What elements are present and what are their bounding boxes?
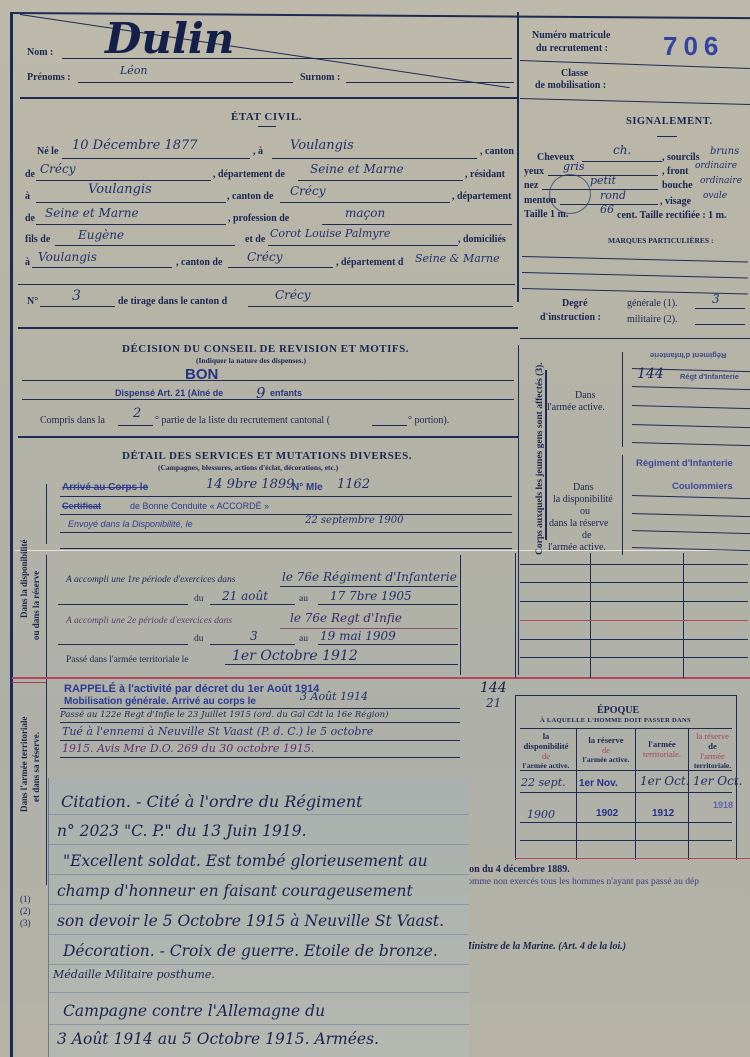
degre-divider (520, 338, 750, 339)
epoque-col-header-4: la réserve de l'armée territoriale. (689, 731, 736, 771)
field-line (60, 514, 512, 515)
col-label: la (517, 731, 575, 741)
field-line (62, 158, 250, 159)
affectation-bracket (545, 370, 547, 540)
field-line (522, 256, 748, 263)
grid-line (520, 564, 748, 565)
field-line (632, 424, 750, 428)
epoque-value-4b: 1918 (713, 800, 733, 810)
citation-line-8: Campagne contre l'Allemagne du (63, 1002, 325, 1020)
envoye-value: 22 septembre 1900 (305, 515, 404, 526)
footnote-1: tion du 4 décembre 1889. (463, 864, 570, 875)
epoque-col-header-3: l'armée territoriale. (636, 739, 688, 759)
field-line (695, 324, 745, 325)
field-line (695, 308, 745, 309)
margin-number: 144 (480, 680, 507, 696)
tirage-value: 3 (72, 288, 81, 304)
col-label: l'armée active. (577, 755, 635, 765)
field-line (60, 532, 512, 533)
affectation-side-label: Corps auxquels les jeunes gens sont affe… (535, 362, 545, 555)
bouche-label: bouche (662, 180, 693, 191)
reserve-side-label-2: ou dans la réserve (31, 571, 41, 640)
services-subtitle: (Campagnes, blessures, actions d'éclat, … (158, 463, 338, 472)
field-line (60, 548, 512, 549)
epoque-value-1b: 1900 (527, 808, 555, 821)
footnote-3: Ministre de la Marine. (Art. 4 de la loi… (463, 941, 626, 952)
note-rule (49, 992, 469, 993)
matricule-label-2: du recrutement : (536, 43, 608, 54)
marques-label: MARQUES PARTICULIÈRES : (608, 236, 713, 245)
citation-line-9: 3 Août 1914 au 5 Octobre 1915. Armées. (57, 1030, 379, 1048)
classe-divider (520, 98, 750, 105)
epoque-row-line (520, 792, 732, 793)
nom-label: Nom : (27, 47, 53, 58)
citation-line-7: Médaille Militaire posthume. (53, 968, 215, 981)
red-divider (12, 677, 750, 679)
citation-note: Citation. - Cité à l'ordre du Régiment n… (48, 778, 469, 1057)
prenoms-value: Léon (120, 64, 148, 77)
active-stamp-2: Régt d'Infanterie (680, 372, 739, 381)
field-line (210, 604, 295, 605)
grid-line (520, 657, 748, 658)
column-divider (517, 12, 519, 302)
field-line (280, 202, 450, 203)
field-line (632, 386, 750, 390)
active-label-2: l'armée active. (547, 402, 605, 413)
profession-value: maçon (345, 206, 385, 220)
field-line (632, 442, 750, 446)
dispo-label-3: ou (580, 506, 590, 517)
periode1-au-label: au (299, 594, 308, 604)
grid-line (590, 553, 591, 678)
field-line (58, 644, 188, 645)
residant-departement-label: , département (452, 191, 511, 202)
generale-label: générale (1). (627, 298, 678, 309)
citation-line-5: son devoir le 5 Octobre 1915 à Neuville … (57, 912, 444, 930)
note-rule (49, 874, 469, 875)
sourcils-value: bruns (710, 146, 739, 157)
field-line (318, 644, 458, 645)
certificat-label: Certificat (62, 501, 101, 511)
periode2-au-label: au (299, 634, 308, 644)
domicilies-label: , domiciliés (458, 234, 506, 245)
col-label: la réserve (689, 731, 736, 741)
grid-line (520, 601, 748, 602)
domicile-a-label: à (25, 257, 30, 268)
footnote-marker-3: (3) (20, 918, 31, 928)
birth-departement: Seine et Marne (310, 162, 404, 176)
field-line (60, 708, 460, 709)
field-line (522, 272, 748, 279)
residant-label: , résidant (465, 169, 505, 180)
de-label: de (25, 169, 35, 180)
tue-text-2: 1915. Avis Mre D.O. 269 du 30 octobre 19… (62, 742, 314, 755)
field-line (36, 224, 226, 225)
etat-civil-divider (18, 284, 515, 285)
field-line (632, 513, 750, 517)
field-line (248, 306, 513, 307)
mobilisation-text: Mobilisation générale. Arrivé au corps l… (64, 696, 256, 707)
bracket-line (622, 455, 623, 555)
periode2-au: 19 mai 1909 (320, 629, 396, 643)
field-line (632, 405, 750, 409)
round-stamp (549, 174, 591, 214)
citation-line-6: Décoration. - Croix de guerre. Etoile de… (63, 942, 438, 960)
periode1-du: 21 août (222, 589, 268, 603)
etat-civil-title: ÉTAT CIVIL. (231, 111, 302, 123)
field-line (58, 604, 188, 605)
no-mle-value: 1162 (337, 477, 370, 492)
epoque-bottom (515, 858, 750, 859)
field-line (582, 161, 662, 162)
title-underline (258, 126, 276, 127)
arrive-label: Arrivé au Corps le (62, 482, 148, 493)
periode2-label: A accompli une 2e période d'exercices da… (66, 616, 232, 626)
domicile-departement-label: , département d (336, 257, 404, 268)
epoque-top (515, 695, 737, 696)
nez-value: petit (590, 174, 616, 187)
decision-subtitle: (Indiquer la nature des dispenses.) (196, 356, 306, 365)
domicile-value: Voulangis (38, 250, 97, 264)
periode1-label: A accompli une 1re période d'exercices d… (66, 575, 235, 585)
periode2-unit: le 76e Regt d'Infie (290, 611, 402, 625)
ne-le-label: Né le (37, 146, 58, 157)
birth-place: Voulangis (290, 138, 354, 153)
yeux-label: yeux (524, 166, 544, 177)
epoque-value-3a: 1er Oct. (640, 774, 689, 788)
field-line (298, 180, 463, 181)
epoque-row-line (520, 840, 732, 841)
field-line (40, 306, 115, 307)
prenoms-label: Prénoms : (27, 72, 71, 83)
header-divider (20, 97, 517, 99)
surnom-line (346, 82, 514, 83)
note-rule (49, 904, 469, 905)
profession-label: , profession de (228, 213, 289, 224)
margin-line (46, 555, 47, 885)
field-line (280, 586, 458, 587)
note-rule (49, 1024, 469, 1025)
diagonal-strike (20, 14, 510, 88)
epoque-row-line (520, 770, 732, 771)
residence-departement: Seine et Marne (45, 206, 139, 220)
epoque-title: ÉPOQUE (597, 705, 639, 716)
passe-text: Passé au 122e Regt d'Infie le 23 Juillet… (60, 710, 388, 720)
surnom-label: Surnom : (300, 72, 340, 83)
territoriale-value: 1er Octobre 1912 (232, 648, 358, 664)
citation-line-4: champ d'honneur en faisant courageusemen… (57, 882, 413, 900)
domicile-canton-label: , canton de (176, 257, 222, 268)
yeux-value: gris (563, 160, 584, 173)
citation-line-3: "Excellent soldat. Est tombé glorieuseme… (63, 852, 428, 870)
rappele-text: RAPPELÉ à l'activité par décret du 1er A… (64, 683, 319, 695)
note-rule (49, 934, 469, 935)
domicile-canton: Crécy (247, 250, 283, 264)
bouche-value: ordinaire (700, 176, 742, 186)
domicile-departement: Seine & Marne (415, 252, 500, 265)
field-line (318, 604, 458, 605)
compris-suffix: ° partie de la liste du recrutement cant… (155, 415, 330, 426)
dispense-text: Dispensé Art. 21 (Aîné de (115, 388, 223, 398)
grid-line (683, 553, 684, 678)
nom-value: Dulin (105, 14, 234, 63)
epoque-value-1a: 22 sept. (521, 776, 566, 789)
prenoms-line (78, 82, 293, 83)
taille-value: 66 (600, 203, 614, 216)
dispo-stamp-1: Régiment d'Infanterie (636, 458, 733, 469)
field-line (228, 267, 333, 268)
margin-line (46, 484, 47, 544)
field-line (36, 180, 211, 181)
field-line (632, 495, 750, 499)
epoque-col-header-1: la disponibilité de l'armée active. (517, 731, 575, 771)
periode1-au: 17 7bre 1905 (330, 589, 412, 603)
nez-label: nez (524, 180, 538, 191)
cheveux-value: ch. (613, 143, 631, 157)
classe-label-1: Classe (561, 68, 588, 79)
canton-label: , canton (480, 146, 514, 157)
active-label-1: Dans (575, 390, 596, 401)
matricule-value: 706 (663, 31, 724, 62)
front-label: , front (662, 166, 688, 177)
epoque-value-3b: 1912 (652, 808, 674, 819)
mother-name: Corot Louise Palmyre (270, 227, 390, 240)
field-line (60, 757, 460, 758)
et-de-label: et de (245, 234, 265, 245)
section-divider (18, 436, 518, 438)
periode2-du: 3 (250, 629, 258, 643)
epoque-value-2a: 1er Nov. (579, 778, 618, 789)
footnote-2: comme non exercés tous les hommes n'ayan… (463, 877, 699, 887)
degre-label-2: d'instruction : (540, 312, 601, 323)
grid-line (520, 620, 748, 621)
no-mle-label: N° Mle (292, 482, 323, 493)
militaire-label: militaire (2). (627, 314, 678, 325)
dispo-label-2: la disponibilité (553, 494, 613, 505)
col-label: de (689, 741, 736, 751)
col-label: l'armée (689, 751, 736, 761)
services-title: DÉTAIL DES SERVICES ET MUTATIONS DIVERSE… (122, 450, 412, 462)
territoriale-side-label-1: Dans l'armée territoriale (19, 717, 29, 812)
compris-value: 2 (133, 406, 141, 421)
mobilisation-value: 3 Août 1914 (300, 690, 368, 703)
column-line (460, 555, 461, 675)
field-line (268, 245, 458, 246)
epoque-col-header-2: la réserve de l'armée active. (577, 735, 635, 765)
bracket-line (622, 352, 623, 447)
signalement-title: SIGNALEMENT. (626, 116, 713, 127)
periode1-du-label: du (194, 594, 204, 604)
field-line (225, 664, 458, 665)
menton-value: rond (600, 189, 626, 202)
cent-label: cent. Taille rectifiée : 1 m. (617, 210, 727, 221)
field-line (210, 644, 295, 645)
active-stamp: Régiment d'Infanterie (650, 351, 726, 360)
col-label: de (517, 751, 575, 761)
dispo-label-5: de (582, 530, 591, 541)
generale-value: 3 (712, 292, 720, 306)
epoque-value-2b: 1902 (596, 808, 618, 819)
father-name: Eugène (78, 228, 124, 242)
affectation-border (518, 345, 519, 675)
visage-label: , visage (660, 196, 691, 207)
tirage-label-2: de tirage dans le canton d (118, 296, 227, 307)
residant-canton-label: , canton de (227, 191, 273, 202)
territoriale-side-label-2: et dans sa réserve. (31, 732, 41, 802)
periode2-du-label: du (194, 634, 204, 644)
field-line (322, 224, 512, 225)
front-value: ordinaire (695, 161, 737, 171)
margin-number-2: 21 (486, 696, 501, 710)
left-border (10, 12, 13, 1057)
dispo-label-1: Dans (573, 482, 594, 493)
residant-departement-de: de (25, 213, 35, 224)
col-label: l'armée (636, 739, 688, 749)
grid-line (520, 639, 748, 640)
footnote-marker-1: (1) (20, 894, 31, 904)
epoque-header-line (520, 728, 732, 729)
tirage-canton: Crécy (275, 288, 311, 302)
field-line (55, 245, 235, 246)
field-line (118, 425, 153, 426)
field-line (32, 267, 172, 268)
tirage-label: N° (27, 296, 38, 307)
a-label: , à (253, 146, 263, 157)
field-line (60, 740, 460, 741)
matricule-label-1: Numéro matricule (532, 30, 610, 41)
note-rule (49, 814, 469, 815)
fils-label: fils de (25, 234, 50, 245)
citation-line-1: Citation. - Cité à l'ordre du Régiment (61, 792, 363, 811)
footnote-marker-2: (2) (20, 906, 31, 916)
epoque-value-4a: 1er Oct. (693, 774, 742, 788)
section-divider (18, 327, 518, 329)
field-line (60, 722, 460, 723)
arrive-value: 14 9bre 1899 (206, 477, 294, 492)
col-label: disponibilité (517, 741, 575, 751)
birth-date: 10 Décembre 1877 (72, 138, 198, 153)
col-label: de (577, 745, 635, 755)
territoriale-label: Passé dans l'armée territoriale le (66, 655, 189, 665)
dispense-suffix: enfants (270, 388, 302, 398)
residence-value: Voulangis (88, 182, 152, 197)
residence-canton: Crécy (290, 184, 326, 198)
periode1-unit: le 76e Régiment d'Infanterie (282, 570, 457, 584)
col-label: territoriale. (636, 749, 688, 759)
departement-label: , département de (213, 169, 285, 180)
citation-line-2: n° 2023 "C. P." du 13 Juin 1919. (57, 822, 307, 840)
dispo-label-6: l'armée active. (548, 542, 606, 553)
field-line (60, 496, 512, 497)
field-line (22, 399, 514, 400)
classe-label-2: de mobilisation : (535, 80, 606, 91)
degre-label-1: Degré (562, 298, 588, 309)
certificat-text: de Bonne Conduite « ACCORDÉ » (130, 501, 269, 511)
birth-canton: Crécy (40, 162, 76, 176)
field-line (372, 425, 407, 426)
portion-label: ° portion). (408, 415, 449, 426)
field-line (36, 202, 226, 203)
dispo-label-4: dans la réserve (549, 518, 608, 529)
title-underline (657, 136, 677, 137)
pasted-strip-edge (15, 550, 750, 551)
note-rule (49, 964, 469, 965)
compris-label: Compris dans la (40, 415, 105, 426)
grid-line (520, 582, 748, 583)
epoque-row-line (520, 822, 732, 823)
residant-a-label: à (25, 191, 30, 202)
dispo-stamp-2: Coulommiers (672, 481, 733, 492)
decision-title: DÉCISION DU CONSEIL DE REVISION ET MOTIF… (122, 343, 409, 355)
side-divider (12, 682, 47, 683)
nom-line (62, 58, 512, 59)
grid-line (515, 553, 516, 678)
col-label: la réserve (577, 735, 635, 745)
field-line (632, 530, 750, 534)
visage-value: ovale (703, 191, 727, 201)
sourcils-label: , sourcils (662, 152, 700, 163)
note-rule (49, 844, 469, 845)
epoque-border (515, 695, 516, 860)
tue-text-1: Tué à l'ennemi à Neuville St Vaast (P. d… (62, 725, 373, 738)
field-line (272, 158, 477, 159)
reserve-side-label-1: Dans la disponibilité (19, 539, 29, 618)
field-line (22, 380, 514, 381)
epoque-subtitle: À LAQUELLE L'HOMME DOIT PASSER DANS (540, 717, 691, 724)
envoye-label: Envoyé dans la Disponibilité, le (68, 519, 193, 529)
